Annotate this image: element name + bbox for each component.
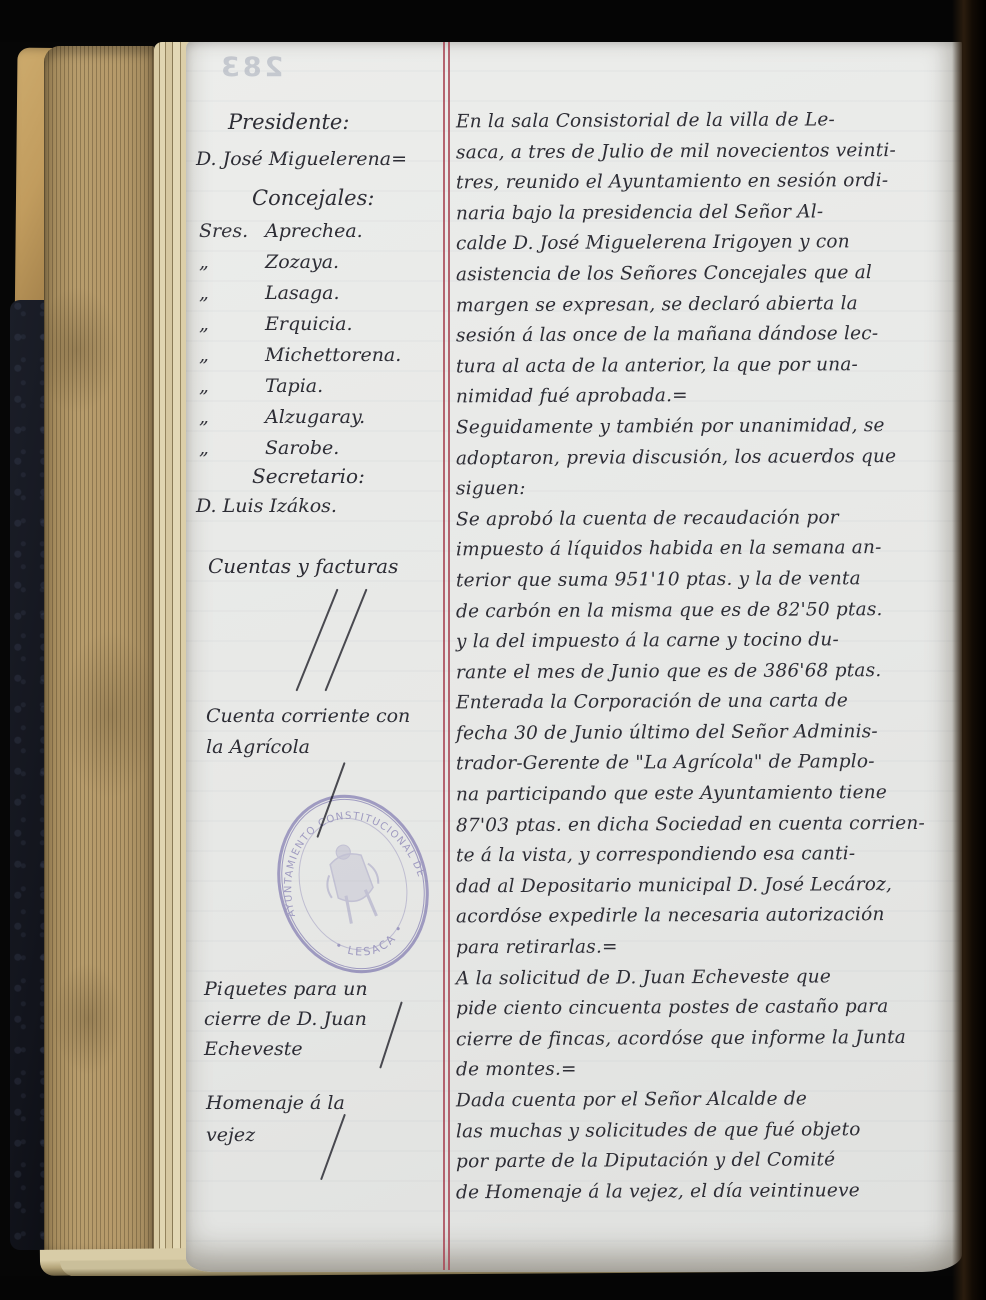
margin-secretario-heading: Secretario: — [252, 464, 365, 488]
councilor-surname: Zozaya. — [265, 247, 339, 278]
minutes-line: impuesto á líquidos habida en la semana … — [456, 533, 958, 566]
councilor-ditto-mark: „ — [199, 340, 255, 371]
minutes-line: de Homenaje á la vejez, el día veintinue… — [456, 1175, 958, 1208]
stamp-text-bottom: • LESACA • — [330, 919, 413, 968]
minutes-line: asistencia de los Señores Concejales que… — [456, 258, 958, 291]
minutes-line: terior que suma 951'10 ptas. y la de ven… — [456, 564, 958, 597]
councilor-ditto-mark: „ — [199, 433, 255, 464]
minutes-line: tres, reunido el Ayuntamiento en sesión … — [456, 166, 958, 199]
councilor-name: „Lasaga. — [199, 278, 401, 309]
minutes-line: te á la vista, y correspondiendo esa can… — [456, 839, 958, 872]
councilor-name: „Erquicia. — [199, 309, 401, 340]
minutes-line: pide ciento cincuenta postes de castaño … — [456, 992, 958, 1025]
margin-topic-cuentas: Cuentas y facturas — [208, 554, 398, 578]
councilor-surname: Aprechea. — [265, 216, 363, 247]
minutes-line: y la del impuesto á la carne y tocino du… — [456, 625, 958, 658]
margin-ruled-line-2 — [448, 40, 450, 1270]
photo-background-bottom — [0, 1276, 986, 1300]
minutes-line: adoptaron, previa discusión, los acuerdo… — [456, 441, 958, 474]
margin-topic-piquetes-1: Piquetes para un — [204, 978, 368, 1000]
book-gutter-shadow — [952, 0, 986, 1300]
margin-secretario-name: D. Luis Izákos. — [196, 495, 337, 517]
councilor-ditto-mark: „ — [199, 371, 255, 402]
margin-topic-cuenta-corriente-2: la Agrícola — [206, 736, 310, 758]
minutes-line: margen se expresan, se declaró abierta l… — [456, 288, 958, 321]
margin-concejales-heading: Concejales: — [252, 186, 374, 210]
margin-topic-homenaje-1: Homenaje á la — [206, 1092, 345, 1114]
photo-background-top — [0, 0, 986, 42]
councilor-surname: Michettorena. — [265, 340, 401, 371]
svg-text:• LESACA •: • LESACA • — [330, 919, 413, 968]
margin-presidente-name: D. José Miguelerena= — [196, 148, 407, 170]
councilor-name: „Michettorena. — [199, 340, 401, 371]
councilor-ditto-mark: „ — [199, 247, 255, 278]
minutes-line: las muchas y solicitudes de que fué obje… — [456, 1114, 958, 1147]
margin-ruled-line — [443, 40, 445, 1270]
councilor-surname: Sarobe. — [265, 433, 339, 464]
minutes-line: fecha 30 de Junio último del Señor Admin… — [456, 717, 958, 750]
councilor-ditto-mark: „ — [199, 402, 255, 433]
councilor-surname: Erquicia. — [265, 309, 353, 340]
councilor-name: Sres.Aprechea. — [199, 216, 401, 247]
councilor-ditto-mark: „ — [199, 309, 255, 340]
minutes-line: de montes.= — [456, 1053, 958, 1086]
margin-topic-piquetes-2: cierre de D. Juan — [204, 1008, 367, 1030]
margin-topic-homenaje-2: vejez — [206, 1124, 255, 1146]
minutes-body-text: En la sala Consistorial de la villa de L… — [456, 106, 958, 1207]
councilor-name: „Sarobe. — [199, 433, 401, 464]
minutes-line: rante el mes de Junio que es de 386'68 p… — [456, 655, 958, 688]
minutes-line: Dada cuenta por el Señor Alcalde de — [456, 1084, 958, 1117]
councilor-ditto-mark: „ — [199, 278, 255, 309]
councilor-name: „Alzugaray. — [199, 402, 401, 433]
book-fore-edge-pages — [44, 46, 154, 1262]
minutes-line: 87'03 ptas. en dicha Sociedad en cuenta … — [456, 808, 958, 841]
margin-councilor-list: Sres.Aprechea.„Zozaya.„Lasaga.„Erquicia.… — [199, 216, 401, 464]
minutes-line: cierre de fincas, acordóse que informe l… — [456, 1022, 958, 1055]
minutes-line: saca, a tres de Julio de mil novecientos… — [456, 135, 958, 168]
minutes-line: naria bajo la presidencia del Señor Al- — [456, 196, 958, 229]
minutes-line: na participando que este Ayuntamiento ti… — [456, 778, 958, 811]
page-number-bleedthrough: 283 — [218, 52, 283, 83]
councilor-name: „Zozaya. — [199, 247, 401, 278]
minutes-line: siguen: — [456, 472, 958, 505]
councilor-name: „Tapia. — [199, 371, 401, 402]
stamp-coat-of-arms — [317, 838, 389, 927]
minutes-line: En la sala Consistorial de la villa de L… — [456, 105, 958, 138]
minutes-line: por parte de la Diputación y del Comité — [456, 1145, 958, 1178]
minutes-line: Seguidamente y también por unanimidad, s… — [456, 411, 958, 444]
margin-topic-piquetes-3: Echeveste — [204, 1038, 303, 1060]
minutes-line: Enterada la Corporación de una carta de — [456, 686, 958, 719]
margin-presidente-heading: Presidente: — [228, 110, 349, 134]
minutes-line: A la solicitud de D. Juan Echeveste que — [456, 961, 958, 994]
councilor-surname: Lasaga. — [265, 278, 340, 309]
councilor-surname: Tapia. — [265, 371, 323, 402]
minutes-line: Se aprobó la cuenta de recaudación por — [456, 502, 958, 535]
minutes-line: nimidad fué aprobada.= — [456, 380, 958, 413]
minutes-line: dad al Depositario municipal D. José Lec… — [456, 870, 958, 903]
minutes-line: de carbón en la misma que es de 82'50 pt… — [456, 594, 958, 627]
minutes-line: para retirarlas.= — [456, 931, 958, 964]
margin-topic-cuenta-corriente-1: Cuenta corriente con — [206, 705, 410, 727]
minutes-line: calde D. José Miguelerena Irigoyen y con — [456, 227, 958, 260]
minutes-line: tura al acta de la anterior, la que por … — [456, 349, 958, 382]
councilor-surname: Alzugaray. — [265, 402, 365, 433]
minutes-line: trador-Gerente de "La Agrícola" de Pampl… — [456, 747, 958, 780]
councilor-ditto-mark: Sres. — [199, 216, 255, 247]
minutes-line: sesión á las once de la mañana dándose l… — [456, 319, 958, 352]
minutes-line: acordóse expedirle la necesaria autoriza… — [456, 900, 958, 933]
